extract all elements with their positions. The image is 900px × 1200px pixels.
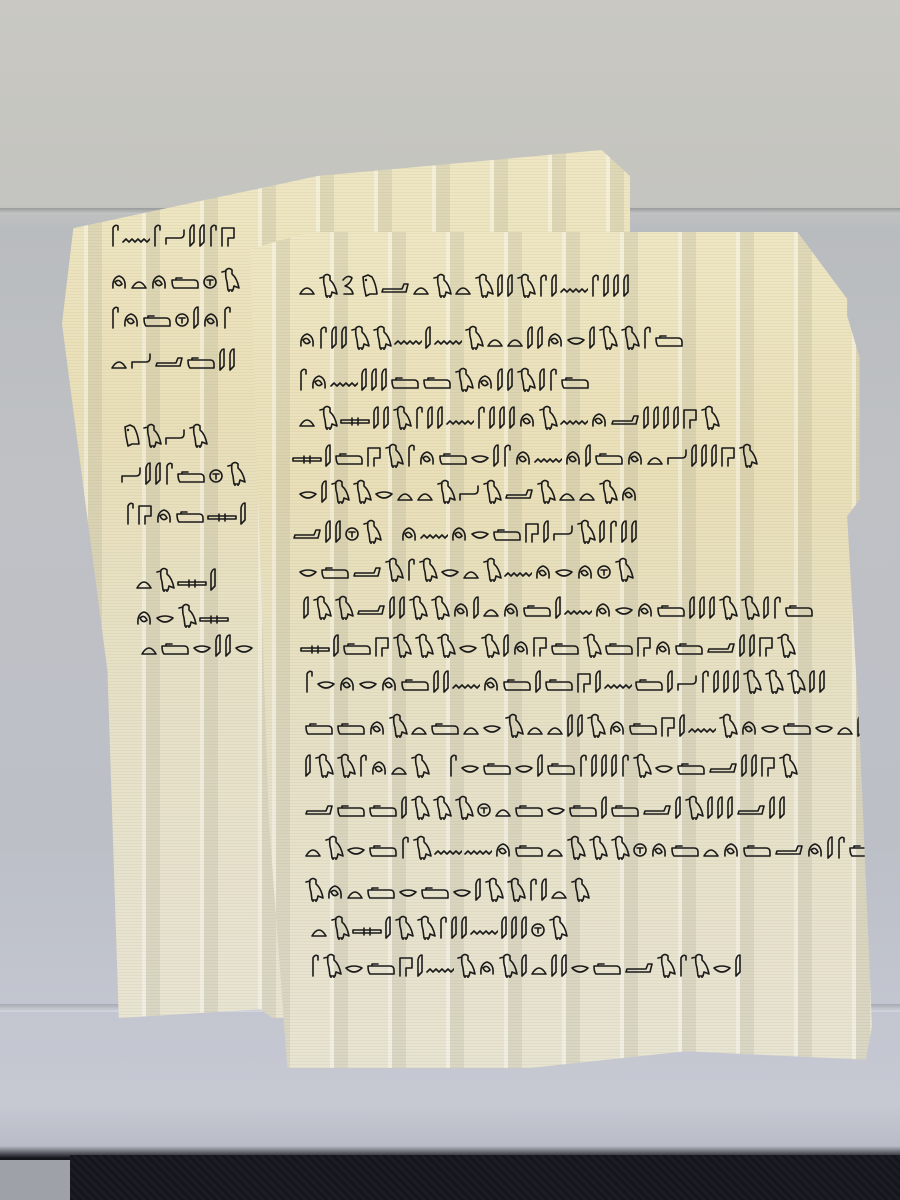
hieroglyph-back-line xyxy=(135,562,217,592)
bird-vulture-glyph-icon xyxy=(322,952,342,978)
basket-lasso-glyph-icon xyxy=(620,478,638,504)
reed-leaf-glyph-icon xyxy=(662,404,670,430)
bird-vulture-glyph-icon xyxy=(330,478,350,504)
owl-glyph-icon xyxy=(120,422,140,448)
crook-staff-glyph-icon xyxy=(310,952,320,978)
hieroglyph-front-line xyxy=(304,872,590,902)
water-ripple-glyph-icon xyxy=(420,518,448,544)
reed-leaf-glyph-icon xyxy=(536,752,544,778)
bread-loaf-semicircle-glyph-icon xyxy=(298,272,316,298)
placenta-circle-glyph-icon xyxy=(632,834,648,860)
reed-leaf-glyph-icon xyxy=(320,478,328,504)
cloth-fold-glyph-icon xyxy=(604,632,634,658)
bird-vulture-glyph-icon xyxy=(548,914,568,940)
reed-leaf-glyph-icon xyxy=(239,500,247,526)
hieroglyph-front-line xyxy=(300,628,796,658)
reclining-foot-glyph-icon xyxy=(624,952,654,978)
reed-leaf-glyph-icon xyxy=(550,272,558,298)
cloth-fold-glyph-icon xyxy=(176,460,206,486)
reed-leaf-glyph-icon xyxy=(400,794,408,820)
mouth-oval-glyph-icon xyxy=(298,556,318,582)
bird-vulture-glyph-icon xyxy=(304,876,324,902)
cloth-fold-glyph-icon xyxy=(676,752,706,778)
bird-vulture-glyph-icon xyxy=(620,324,640,350)
reclining-foot-glyph-icon xyxy=(774,834,804,860)
reed-leaf-glyph-icon xyxy=(630,518,638,544)
papyrus-sheet-front xyxy=(250,232,872,1068)
arm-forearm-glyph-icon xyxy=(130,346,152,372)
reed-leaf-glyph-icon xyxy=(710,442,718,468)
mouth-oval-glyph-icon xyxy=(452,876,472,902)
bird-vulture-glyph-icon xyxy=(482,478,502,504)
bread-loaf-semicircle-glyph-icon xyxy=(462,712,480,738)
basket-lasso-glyph-icon xyxy=(202,304,220,330)
reed-leaf-glyph-icon xyxy=(340,324,348,350)
cloth-fold-glyph-icon xyxy=(568,794,598,820)
bird-vulture-glyph-icon xyxy=(318,404,338,430)
bolt-bar-glyph-icon xyxy=(340,404,370,430)
bread-loaf-semicircle-glyph-icon xyxy=(550,876,568,902)
cloth-fold-glyph-icon xyxy=(304,712,334,738)
mouth-oval-glyph-icon xyxy=(344,952,364,978)
mouth-oval-glyph-icon xyxy=(234,632,254,658)
basket-lasso-glyph-icon xyxy=(806,834,824,860)
bird-vulture-glyph-icon xyxy=(576,518,596,544)
cloth-fold-glyph-icon xyxy=(175,500,205,526)
crook-staff-glyph-icon xyxy=(448,752,458,778)
square-house-glyph-icon xyxy=(682,404,698,430)
reed-leaf-glyph-icon xyxy=(496,272,504,298)
reed-leaf-glyph-icon xyxy=(600,794,608,820)
square-house-glyph-icon xyxy=(576,668,592,694)
cloth-fold-glyph-icon xyxy=(170,266,200,292)
reed-leaf-glyph-icon xyxy=(432,668,440,694)
bird-vulture-glyph-icon xyxy=(764,668,784,694)
bird-vulture-glyph-icon xyxy=(632,752,652,778)
cloth-fold-glyph-icon xyxy=(336,712,366,738)
reed-leaf-glyph-icon xyxy=(384,914,392,940)
bird-vulture-glyph-icon xyxy=(432,794,452,820)
bird-vulture-glyph-icon xyxy=(430,594,450,620)
reed-leaf-glyph-icon xyxy=(734,952,742,978)
bird-vulture-glyph-icon xyxy=(614,556,634,582)
mouth-oval-glyph-icon xyxy=(358,668,378,694)
bird-vulture-glyph-icon xyxy=(484,876,504,902)
basket-lasso-glyph-icon xyxy=(654,632,672,658)
bird-vulture-glyph-icon xyxy=(506,876,526,902)
bird-vulture-glyph-icon xyxy=(414,632,434,658)
hieroglyph-back-line xyxy=(120,418,208,448)
cloth-fold-glyph-icon xyxy=(368,834,398,860)
bird-vulture-glyph-icon xyxy=(336,752,356,778)
bread-loaf-semicircle-glyph-icon xyxy=(546,834,564,860)
bird-vulture-glyph-icon xyxy=(432,272,452,298)
crook-staff-glyph-icon xyxy=(438,914,448,940)
reed-leaf-glyph-icon xyxy=(726,794,734,820)
reed-leaf-glyph-icon xyxy=(778,794,786,820)
mouth-oval-glyph-icon xyxy=(570,952,590,978)
reed-leaf-glyph-icon xyxy=(732,668,740,694)
bird-vulture-glyph-icon xyxy=(718,594,738,620)
reed-leaf-glyph-icon xyxy=(542,518,550,544)
cloth-fold-glyph-icon xyxy=(186,346,216,372)
hieroglyph-front-line xyxy=(298,474,638,504)
crook-staff-glyph-icon xyxy=(358,752,368,778)
basket-lasso-glyph-icon xyxy=(594,594,612,620)
reed-leaf-glyph-icon xyxy=(218,346,226,372)
bread-loaf-semicircle-glyph-icon xyxy=(486,324,504,350)
bird-vulture-glyph-icon xyxy=(436,632,456,658)
water-ripple-glyph-icon xyxy=(330,366,358,392)
bird-vulture-glyph-icon xyxy=(464,324,484,350)
mouth-oval-glyph-icon xyxy=(546,794,566,820)
cloth-fold-glyph-icon xyxy=(514,794,544,820)
reed-leaf-glyph-icon xyxy=(536,324,544,350)
basket-lasso-glyph-icon xyxy=(326,876,344,902)
square-house-glyph-icon xyxy=(137,500,153,526)
arm-forearm-glyph-icon xyxy=(458,478,480,504)
cloth-fold-glyph-icon xyxy=(430,712,460,738)
crook-staff-glyph-icon xyxy=(700,668,710,694)
basket-lasso-glyph-icon xyxy=(482,668,500,694)
reed-leaf-glyph-icon xyxy=(324,518,332,544)
reed-leaf-glyph-icon xyxy=(502,632,510,658)
bread-loaf-semicircle-glyph-icon xyxy=(390,752,408,778)
reed-leaf-glyph-icon xyxy=(388,594,396,620)
reclining-foot-glyph-icon xyxy=(610,404,640,430)
mouth-oval-glyph-icon xyxy=(398,876,418,902)
hieroglyph-front-line xyxy=(302,590,814,620)
reed-leaf-glyph-icon xyxy=(818,668,826,694)
mouth-oval-glyph-icon xyxy=(470,518,490,544)
placenta-circle-glyph-icon xyxy=(476,794,492,820)
reed-leaf-glyph-icon xyxy=(550,952,558,978)
reed-leaf-glyph-icon xyxy=(442,668,450,694)
square-house-glyph-icon xyxy=(366,442,382,468)
reed-leaf-glyph-icon xyxy=(450,914,458,940)
basket-lasso-glyph-icon xyxy=(155,500,173,526)
crook-staff-glyph-icon xyxy=(578,752,588,778)
reed-leaf-glyph-icon xyxy=(590,752,598,778)
reclining-foot-glyph-icon xyxy=(706,632,736,658)
reed-leaf-glyph-icon xyxy=(706,794,714,820)
table-surface xyxy=(0,1160,70,1200)
bird-vulture-glyph-icon xyxy=(384,442,404,468)
reed-leaf-glyph-icon xyxy=(188,222,196,248)
bread-loaf-semicircle-glyph-icon xyxy=(546,712,564,738)
hieroglyph-front-line xyxy=(292,514,638,544)
cloth-fold-glyph-icon xyxy=(522,594,552,620)
water-ripple-glyph-icon xyxy=(534,442,562,468)
arm-forearm-glyph-icon xyxy=(120,460,142,486)
basket-lasso-glyph-icon xyxy=(514,442,532,468)
mouth-oval-glyph-icon xyxy=(514,752,534,778)
bird-vulture-glyph-icon xyxy=(598,324,618,350)
photo-scene xyxy=(0,0,900,1200)
cloth-fold-glyph-icon xyxy=(390,366,420,392)
reed-leaf-glyph-icon xyxy=(332,632,340,658)
crook-staff-glyph-icon xyxy=(538,272,548,298)
basket-lasso-glyph-icon xyxy=(636,594,654,620)
cloth-fold-glyph-icon xyxy=(160,632,190,658)
cloth-fold-glyph-icon xyxy=(670,834,700,860)
reed-leaf-glyph-icon xyxy=(526,324,534,350)
reed-leaf-glyph-icon xyxy=(560,952,568,978)
bird-vulture-glyph-icon xyxy=(480,632,500,658)
reed-leaf-glyph-icon xyxy=(602,272,610,298)
reed-leaf-glyph-icon xyxy=(330,324,338,350)
hieroglyph-front-line xyxy=(298,552,634,582)
cloth-fold-glyph-icon xyxy=(634,668,664,694)
reed-leaf-glyph-icon xyxy=(538,366,546,392)
mouth-oval-glyph-icon xyxy=(760,712,780,738)
basket-lasso-glyph-icon xyxy=(722,834,740,860)
reed-leaf-glyph-icon xyxy=(598,518,606,544)
cloth-fold-glyph-icon xyxy=(492,518,522,544)
reed-leaf-glyph-icon xyxy=(506,272,514,298)
placenta-circle-glyph-icon xyxy=(202,266,218,292)
bird-vulture-glyph-icon xyxy=(474,272,494,298)
bread-loaf-semicircle-glyph-icon xyxy=(530,952,548,978)
hieroglyph-back-line xyxy=(120,456,246,486)
cloth-fold-glyph-icon xyxy=(502,668,532,694)
crook-staff-glyph-icon xyxy=(110,304,120,330)
crook-staff-glyph-icon xyxy=(476,404,486,430)
basket-lasso-glyph-icon xyxy=(418,442,436,468)
reed-leaf-glyph-icon xyxy=(224,632,232,658)
arm-forearm-glyph-icon xyxy=(676,668,698,694)
reclining-foot-glyph-icon xyxy=(708,752,738,778)
reed-leaf-glyph-icon xyxy=(576,712,584,738)
bird-vulture-glyph-icon xyxy=(350,324,370,350)
reed-leaf-glyph-icon xyxy=(228,346,236,372)
reclining-foot-glyph-icon xyxy=(380,272,410,298)
cloth-fold-glyph-icon xyxy=(422,366,452,392)
reclining-foot-glyph-icon xyxy=(292,518,322,544)
water-ripple-glyph-icon xyxy=(560,272,588,298)
basket-lasso-glyph-icon xyxy=(546,324,564,350)
bolt-bar-glyph-icon xyxy=(177,566,207,592)
hieroglyph-text-front xyxy=(250,232,872,1068)
bread-loaf-semicircle-glyph-icon xyxy=(396,478,414,504)
bird-vulture-glyph-icon xyxy=(582,632,602,658)
mouth-oval-glyph-icon xyxy=(712,952,732,978)
reclining-foot-glyph-icon xyxy=(154,346,184,372)
square-house-glyph-icon xyxy=(374,632,390,658)
reed-leaf-glyph-icon xyxy=(866,712,874,738)
bread-loaf-semicircle-glyph-icon xyxy=(836,712,854,738)
water-ripple-glyph-icon xyxy=(470,914,498,940)
bird-vulture-glyph-icon xyxy=(598,478,618,504)
hieroglyph-front-line xyxy=(304,748,798,778)
crook-staff-glyph-icon xyxy=(164,460,174,486)
basket-lasso-glyph-icon xyxy=(338,668,356,694)
cloth-fold-glyph-icon xyxy=(334,442,364,468)
hieroglyph-back-line xyxy=(110,342,236,372)
water-ripple-glyph-icon xyxy=(504,556,532,582)
bird-vulture-glyph-icon xyxy=(700,404,720,430)
reed-leaf-glyph-icon xyxy=(652,404,660,430)
hieroglyph-back-line xyxy=(110,300,232,330)
reed-leaf-glyph-icon xyxy=(700,442,708,468)
crook-staff-glyph-icon xyxy=(222,304,232,330)
crook-staff-glyph-icon xyxy=(608,518,618,544)
mouth-oval-glyph-icon xyxy=(482,712,502,738)
bird-vulture-glyph-icon xyxy=(330,914,350,940)
reed-leaf-glyph-icon xyxy=(740,752,748,778)
mouth-oval-glyph-icon xyxy=(654,752,674,778)
reed-leaf-glyph-icon xyxy=(506,366,514,392)
hieroglyph-back-line xyxy=(135,598,229,628)
hieroglyph-back-line xyxy=(125,496,247,526)
hieroglyph-front-line xyxy=(298,268,630,298)
reclining-foot-glyph-icon xyxy=(642,794,672,820)
basket-lasso-glyph-icon xyxy=(650,834,668,860)
reed-leaf-glyph-icon xyxy=(426,404,434,430)
square-house-glyph-icon xyxy=(532,632,548,658)
space-glyph-icon xyxy=(432,752,446,778)
cloth-fold-glyph-icon xyxy=(482,752,512,778)
bird-vulture-glyph-icon xyxy=(786,668,806,694)
hieroglyph-front-line xyxy=(298,362,590,392)
cloth-fold-glyph-icon xyxy=(628,712,658,738)
mouth-oval-glyph-icon xyxy=(346,834,366,860)
bread-loaf-semicircle-glyph-icon xyxy=(454,272,472,298)
bread-loaf-semicircle-glyph-icon xyxy=(462,556,480,582)
square-house-glyph-icon xyxy=(720,442,736,468)
basket-lasso-glyph-icon xyxy=(478,952,496,978)
reed-leaf-glyph-icon xyxy=(460,914,468,940)
reclining-foot-glyph-icon xyxy=(504,478,534,504)
arm-forearm-glyph-icon xyxy=(666,442,688,468)
bolt-bar-glyph-icon xyxy=(207,500,237,526)
hieroglyph-back-line xyxy=(110,262,240,292)
mouth-oval-glyph-icon xyxy=(192,632,212,658)
bird-vulture-glyph-icon xyxy=(610,834,630,860)
square-house-glyph-icon xyxy=(660,712,676,738)
mouth-oval-glyph-icon xyxy=(458,632,478,658)
bird-vulture-glyph-icon xyxy=(392,632,412,658)
basket-lasso-glyph-icon xyxy=(298,324,316,350)
crook-staff-glyph-icon xyxy=(502,442,512,468)
bread-loaf-semicircle-glyph-icon xyxy=(304,834,322,860)
water-ripple-glyph-icon xyxy=(446,404,474,430)
crook-staff-glyph-icon xyxy=(678,952,688,978)
water-ripple-glyph-icon xyxy=(434,324,462,350)
reed-leaf-glyph-icon xyxy=(154,460,162,486)
mouth-oval-glyph-icon xyxy=(374,478,394,504)
bird-vulture-glyph-icon xyxy=(684,794,704,820)
hieroglyph-back-line xyxy=(110,218,236,248)
basket-lasso-glyph-icon xyxy=(590,404,608,430)
hieroglyph-back-line xyxy=(140,628,254,658)
reed-leaf-glyph-icon xyxy=(762,594,770,620)
bread-loaf-semicircle-glyph-icon xyxy=(646,442,664,468)
reed-leaf-glyph-icon xyxy=(360,366,368,392)
water-ripple-glyph-icon xyxy=(688,712,716,738)
reed-leaf-glyph-icon xyxy=(520,952,528,978)
water-ripple-glyph-icon xyxy=(426,952,454,978)
water-ripple-glyph-icon xyxy=(560,404,588,430)
bread-loaf-semicircle-glyph-icon xyxy=(558,478,576,504)
bird-vulture-glyph-icon xyxy=(570,876,590,902)
reed-leaf-glyph-icon xyxy=(508,404,516,430)
square-house-glyph-icon xyxy=(524,518,540,544)
reed-leaf-glyph-icon xyxy=(620,518,628,544)
bread-loaf-semicircle-glyph-icon xyxy=(130,266,148,292)
basket-lasso-glyph-icon xyxy=(452,594,470,620)
cloth-fold-glyph-icon xyxy=(342,632,372,658)
bird-vulture-glyph-icon xyxy=(776,632,796,658)
cloth-fold-glyph-icon xyxy=(420,876,450,902)
reed-leaf-glyph-icon xyxy=(534,668,542,694)
reed-leaf-glyph-icon xyxy=(610,752,618,778)
cloth-fold-glyph-icon xyxy=(438,442,468,468)
crook-staff-glyph-icon xyxy=(304,668,314,694)
reed-leaf-glyph-icon xyxy=(642,404,650,430)
water-ripple-glyph-icon xyxy=(452,668,480,694)
water-ripple-glyph-icon xyxy=(394,324,422,350)
reed-leaf-glyph-icon xyxy=(826,834,834,860)
reed-leaf-glyph-icon xyxy=(716,794,724,820)
reed-leaf-glyph-icon xyxy=(750,752,758,778)
bird-vulture-glyph-icon xyxy=(538,404,558,430)
square-house-glyph-icon xyxy=(760,752,776,778)
dark-base-mat xyxy=(70,1155,900,1200)
bird-vulture-glyph-icon xyxy=(718,712,738,738)
reed-leaf-glyph-icon xyxy=(698,594,706,620)
cloth-fold-glyph-icon xyxy=(674,632,704,658)
bird-vulture-glyph-icon xyxy=(742,668,762,694)
hieroglyph-front-line xyxy=(310,910,568,940)
reed-leaf-glyph-icon xyxy=(672,404,680,430)
basket-lasso-glyph-icon xyxy=(518,404,536,430)
reed-leaf-glyph-icon xyxy=(324,442,332,468)
bird-vulture-glyph-icon xyxy=(177,602,197,628)
crook-staff-glyph-icon xyxy=(590,272,600,298)
basket-lasso-glyph-icon xyxy=(370,752,388,778)
cloth-fold-glyph-icon xyxy=(400,668,430,694)
bird-vulture-glyph-icon xyxy=(324,834,344,860)
hieroglyph-front-line xyxy=(292,438,758,468)
reed-leaf-glyph-icon xyxy=(748,632,756,658)
mouth-oval-glyph-icon xyxy=(155,602,175,628)
bread-loaf-semicircle-glyph-icon xyxy=(110,346,128,372)
reclining-foot-glyph-icon xyxy=(304,794,334,820)
cloth-fold-glyph-icon xyxy=(594,442,624,468)
cloth-fold-glyph-icon xyxy=(784,594,814,620)
cloth-fold-glyph-icon xyxy=(560,366,590,392)
water-ripple-glyph-icon xyxy=(434,834,462,860)
water-ripple-glyph-icon xyxy=(464,834,492,860)
reed-leaf-glyph-icon xyxy=(436,404,444,430)
cloth-fold-glyph-icon xyxy=(320,556,350,582)
reed-leaf-glyph-icon xyxy=(808,668,816,694)
basket-lasso-glyph-icon xyxy=(310,366,328,392)
bird-vulture-glyph-icon xyxy=(155,566,175,592)
square-house-glyph-icon xyxy=(636,632,652,658)
cloth-fold-glyph-icon xyxy=(368,794,398,820)
hieroglyph-front-line xyxy=(310,948,742,978)
basket-lasso-glyph-icon xyxy=(740,712,758,738)
mouth-oval-glyph-icon xyxy=(316,668,336,694)
reed-leaf-glyph-icon xyxy=(520,914,528,940)
basket-lasso-glyph-icon xyxy=(368,712,386,738)
bird-vulture-glyph-icon xyxy=(738,442,758,468)
bird-vulture-glyph-icon xyxy=(498,952,518,978)
reed-leaf-glyph-icon xyxy=(424,324,432,350)
hieroglyph-front-line xyxy=(304,708,874,738)
